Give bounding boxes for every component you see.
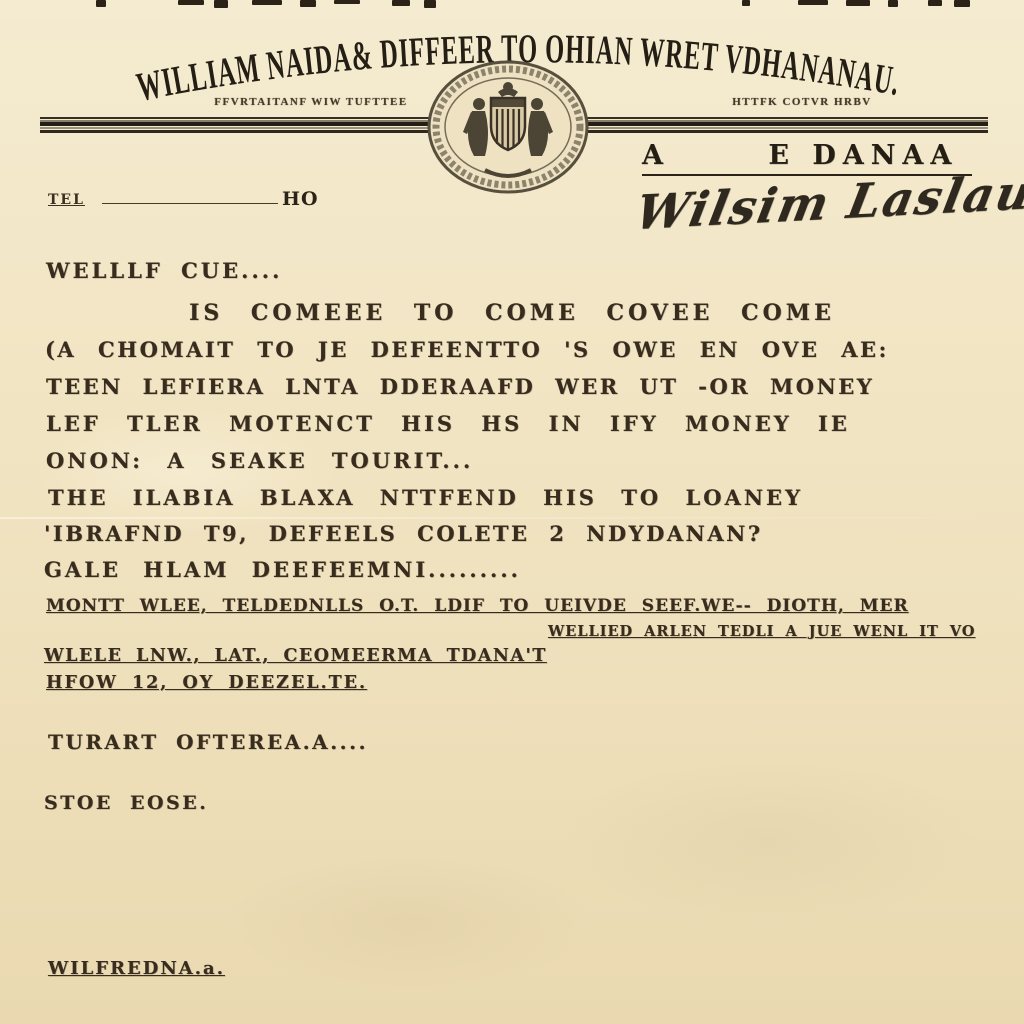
tel-fill-line	[102, 203, 278, 204]
closing-line: TURART OFTEREA.A....	[48, 730, 368, 754]
body-line: ONON: A SEAKE TOURIT...	[46, 448, 473, 473]
footer-word: WILFREDNA.a.	[48, 958, 225, 979]
body-line: (A CHOMAIT TO JE DEFEENTTO 'S OWE EN OVE…	[45, 337, 889, 362]
body-line: GALE HLAM DEEFEEMNI.........	[44, 557, 521, 582]
tel-no-row: TEL HO	[48, 188, 308, 214]
stop-line: STOE EOSE.	[44, 792, 208, 814]
body-line: THE ILABIA BLAXA NTTFEND HIS TO LOANEY	[48, 485, 803, 510]
body-line: HFOW 12, OY DEEZEL.TE.	[46, 673, 367, 693]
paper-crease	[0, 517, 1024, 519]
body-line: 'IBRAFND T9, DEFEELS COLETE 2 NDYDANAN?	[44, 521, 763, 546]
seal-shield	[491, 98, 525, 150]
salutation: WELLLF CUE....	[46, 258, 282, 283]
body-line: LEF TLER MOTENCT HIS HS IN IFY MONEY IE	[46, 411, 850, 436]
tel-label: TEL	[48, 192, 85, 208]
letterhead-subtitle-right: HTTFK COTVR HRBV	[682, 96, 922, 108]
letterhead-subtitle-left: FFVRTAITANF WIW TUFTTEE	[186, 96, 436, 108]
body-line: TEEN LEFIERA LNTA DDERAAFD WER UT -OR MO…	[46, 374, 874, 399]
body-line: WELLIED ARLEN TEDLI A JUE WENL IT VO	[548, 623, 975, 640]
body-line: WLELE LNW., LAT., CEOMEERMA TDANA'T	[44, 646, 547, 666]
subject-line: IS COMEEE TO COME COVEE COME	[0, 300, 1024, 326]
body-line: MONTT WLEE, TELDEDNLLS O.T. LDIF TO UEIV…	[46, 596, 909, 616]
letter-page: WILLIAM NAIDA& DIFFEER TO OHIAN WRET VDH…	[0, 0, 1024, 1024]
no-label: HO	[282, 188, 319, 210]
coat-of-arms-seal-icon	[427, 60, 589, 194]
